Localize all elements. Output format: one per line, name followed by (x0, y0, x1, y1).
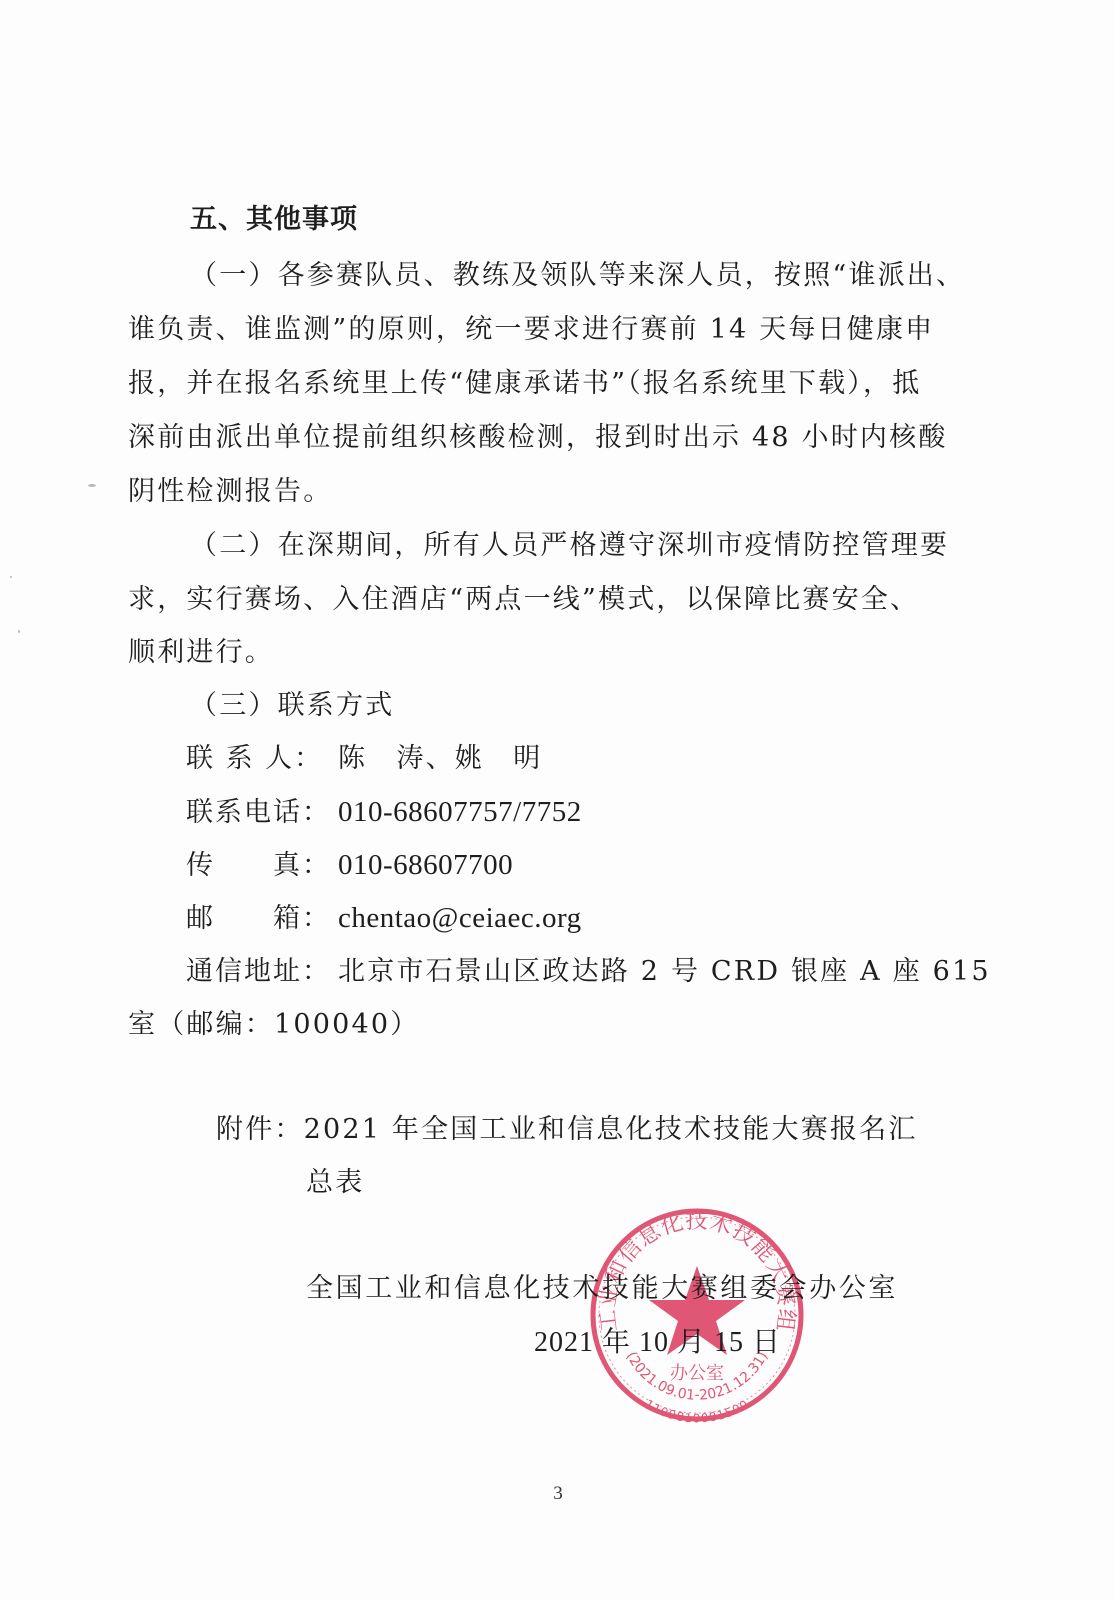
contact-heading: （三）联系方式 (190, 689, 394, 723)
scan-speck (10, 576, 12, 578)
signature-organization: 全国工业和信息化技术技能大赛组委会办公室 (306, 1272, 898, 1306)
paragraph-2-line-3: 顺利进行。 (128, 636, 274, 670)
contact-person-row: 联 系 人：陈 涛、姚 明 (186, 742, 542, 776)
attachment-row: 附件：2021 年全国工业和信息化技术技能大赛报名汇 (216, 1113, 918, 1147)
address-continuation: 室（邮编：100040） (128, 1008, 419, 1042)
email-row: 邮 箱：chentao@ceiaec.org (186, 901, 582, 936)
section-heading: 五、其他事项 (190, 203, 358, 237)
address-label: 通信地址： (186, 955, 338, 989)
document-page: 五、其他事项 （一）各参赛队员、教练及领队等来深人员，按照“谁派出、 谁负责、谁… (0, 0, 1115, 1600)
paragraph-2-line-2: 求，实行赛场、入住酒店“两点一线”模式，以保障比赛安全、 (128, 583, 919, 617)
email-label: 邮 箱： (186, 902, 338, 936)
scan-speck (88, 484, 96, 487)
scan-speck (18, 630, 20, 633)
fax-value: 010-68607700 (338, 849, 513, 881)
phone-row: 联系电话：010-68607757/7752 (186, 795, 582, 830)
address-row: 通信地址：北京市石景山区政达路 2 号 CRD 银座 A 座 615 (186, 955, 991, 989)
fax-row: 传 真：010-68607700 (186, 848, 513, 883)
paragraph-1-line-1: （一）各参赛队员、教练及领队等来深人员，按照“谁派出、 (190, 259, 965, 293)
phone-label: 联系电话： (186, 796, 338, 830)
attachment-label: 附件： (216, 1114, 304, 1145)
email-value[interactable]: chentao@ceiaec.org (338, 902, 582, 934)
paragraph-1-line-2: 谁负责、谁监测”的原则，统一要求进行赛前 14 天每日健康申 (128, 313, 934, 347)
seal-center-text: 办公室 (670, 1363, 724, 1384)
paragraph-1-line-5: 阴性检测报告。 (128, 475, 332, 509)
contact-person-label: 联 系 人： (186, 742, 338, 776)
official-seal-icon: 全国工业和信息化技术技能大赛组委会 办公室 (2021.09.01-2021.1… (586, 1204, 808, 1426)
address-value: 北京市石景山区政达路 2 号 CRD 银座 A 座 615 (338, 956, 991, 987)
paragraph-1-line-3: 报，并在报名系统里上传“健康承诺书”（报名系统里下载），抵 (128, 367, 921, 401)
phone-value: 010-68607757/7752 (338, 796, 582, 828)
fax-label: 传 真： (186, 849, 338, 883)
attachment-title-line-1[interactable]: 2021 年全国工业和信息化技术技能大赛报名汇 (304, 1114, 918, 1145)
paragraph-1-line-4: 深前由派出单位提前组织核酸检测，报到时出示 48 小时内核酸 (128, 421, 948, 455)
contact-person-value: 陈 涛、姚 明 (338, 743, 542, 774)
paragraph-2-line-1: （二）在深期间，所有人员严格遵守深圳市疫情防控管理要 (190, 529, 949, 563)
signature-date: 2021 年 10 月 15 日 (534, 1326, 781, 1360)
page-number: 3 (538, 1483, 578, 1505)
attachment-title-line-2: 总表 (306, 1166, 364, 1200)
